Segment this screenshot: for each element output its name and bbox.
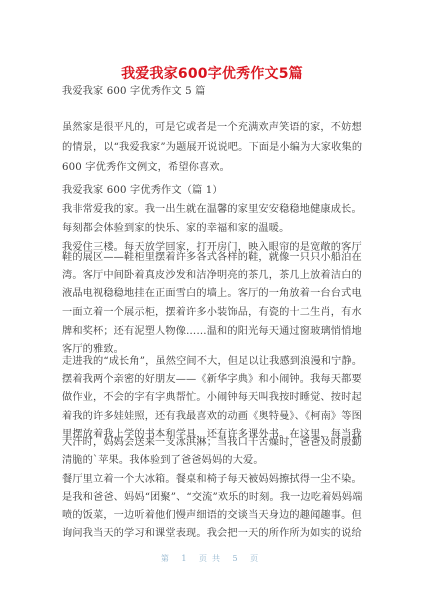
section-heading: 我爱我家 600 字优秀作文（篇 1） bbox=[62, 184, 362, 198]
document-subtitle: 我爱我家 600 字优秀作文 5 篇 bbox=[62, 85, 362, 99]
body-line: 一面立着一个展示柜，摆着许多小装饰品，有瓷的十二生肖，有水晶玻璃的奖 bbox=[62, 306, 362, 320]
body-line: 走进我的“成长角”，虽然空间不大，但足以让我感到浪漫和宁静。小书桌上 bbox=[62, 355, 362, 369]
body-line: 液晶电视稳稳地挂在正面雪白的墙上。客厅的一角放着一台台式电脑。墙的另 bbox=[62, 287, 362, 301]
body-line: 着我的许多娃娃照，还有我最喜欢的动画《奥特曼》、《柯南》等图片。小书柜 bbox=[62, 410, 362, 424]
body-line: 大汗时，妈妈会送来一支冰淇淋；当我口干舌燥时，爸爸及时殷勤地递上一个 bbox=[62, 436, 362, 450]
page-number-footer: 第 1 页共 5 页 bbox=[0, 553, 424, 564]
body-line: 是我和爸爸、妈妈“团聚”、“交流”欢乐的时刻。我一边吃着妈妈端上桌香喷 bbox=[62, 491, 362, 505]
intro-line: 600 字优秀作文例文，希望你喜欢。 bbox=[62, 161, 362, 175]
body-line: 做作业，不会的字有字典帮忙。小闹钟每天叫我按时睡觉、按时起床。墙上贴 bbox=[62, 391, 362, 405]
body-line: 喷的饭菜，一边听着他们慢声细语的交谈当天身边的趣闻趣事。但最多的还是 bbox=[62, 509, 362, 523]
intro-line: 的情景，以“我爱我家”为题展开说说吧。下面是小编为大家收集的我爱我家 bbox=[62, 141, 362, 155]
document-title: 我爱我家600字优秀作文5篇 bbox=[0, 63, 424, 83]
body-line: 摆着我两个亲密的好朋友——《新华字典》和小闹钟。我每天都要在小书桌上 bbox=[62, 373, 362, 387]
body-line: 牌和奖杯；还有泥塑人物像……温和的阳光每天通过窗玻璃悄悄地进来欣赏着 bbox=[62, 325, 362, 339]
body-line: 询问我当天的学习和课堂表现。我会把一天的所作所为如实的说给他们听。这 bbox=[62, 527, 362, 541]
body-line: 餐厅里立着一个大冰箱。餐桌和椅子每天被妈妈擦拭得一尘不染。每天晚餐 bbox=[62, 473, 362, 487]
intro-line: 虽然家是很平凡的，可是它或者是一个充满欢声笑语的家，不妨想想你家里 bbox=[62, 121, 362, 135]
body-line: 湾。客厅中间卧着真皮沙发和洁净明亮的茶几，茶几上放着洁白的茶具。一台 bbox=[62, 269, 362, 283]
body-line: 每刻都会体验到家的快乐、家的幸福和家的温暖。 bbox=[62, 222, 362, 236]
body-line: 清脆的`苹果。我体验到了爸爸妈妈的大爱。 bbox=[62, 454, 362, 468]
body-line: 鞋的展区——鞋柜里摆着许多各式各样的鞋，就像一只只小船泊在静静的港 bbox=[62, 251, 362, 265]
document-page: 我爱我家600字优秀作文5篇 我爱我家 600 字优秀作文 5 篇 虽然家是很平… bbox=[0, 0, 424, 600]
body-line: 我非常爱我的家。我一出生就在温馨的家里安安稳稳地健康成长。每天每时 bbox=[62, 203, 362, 217]
